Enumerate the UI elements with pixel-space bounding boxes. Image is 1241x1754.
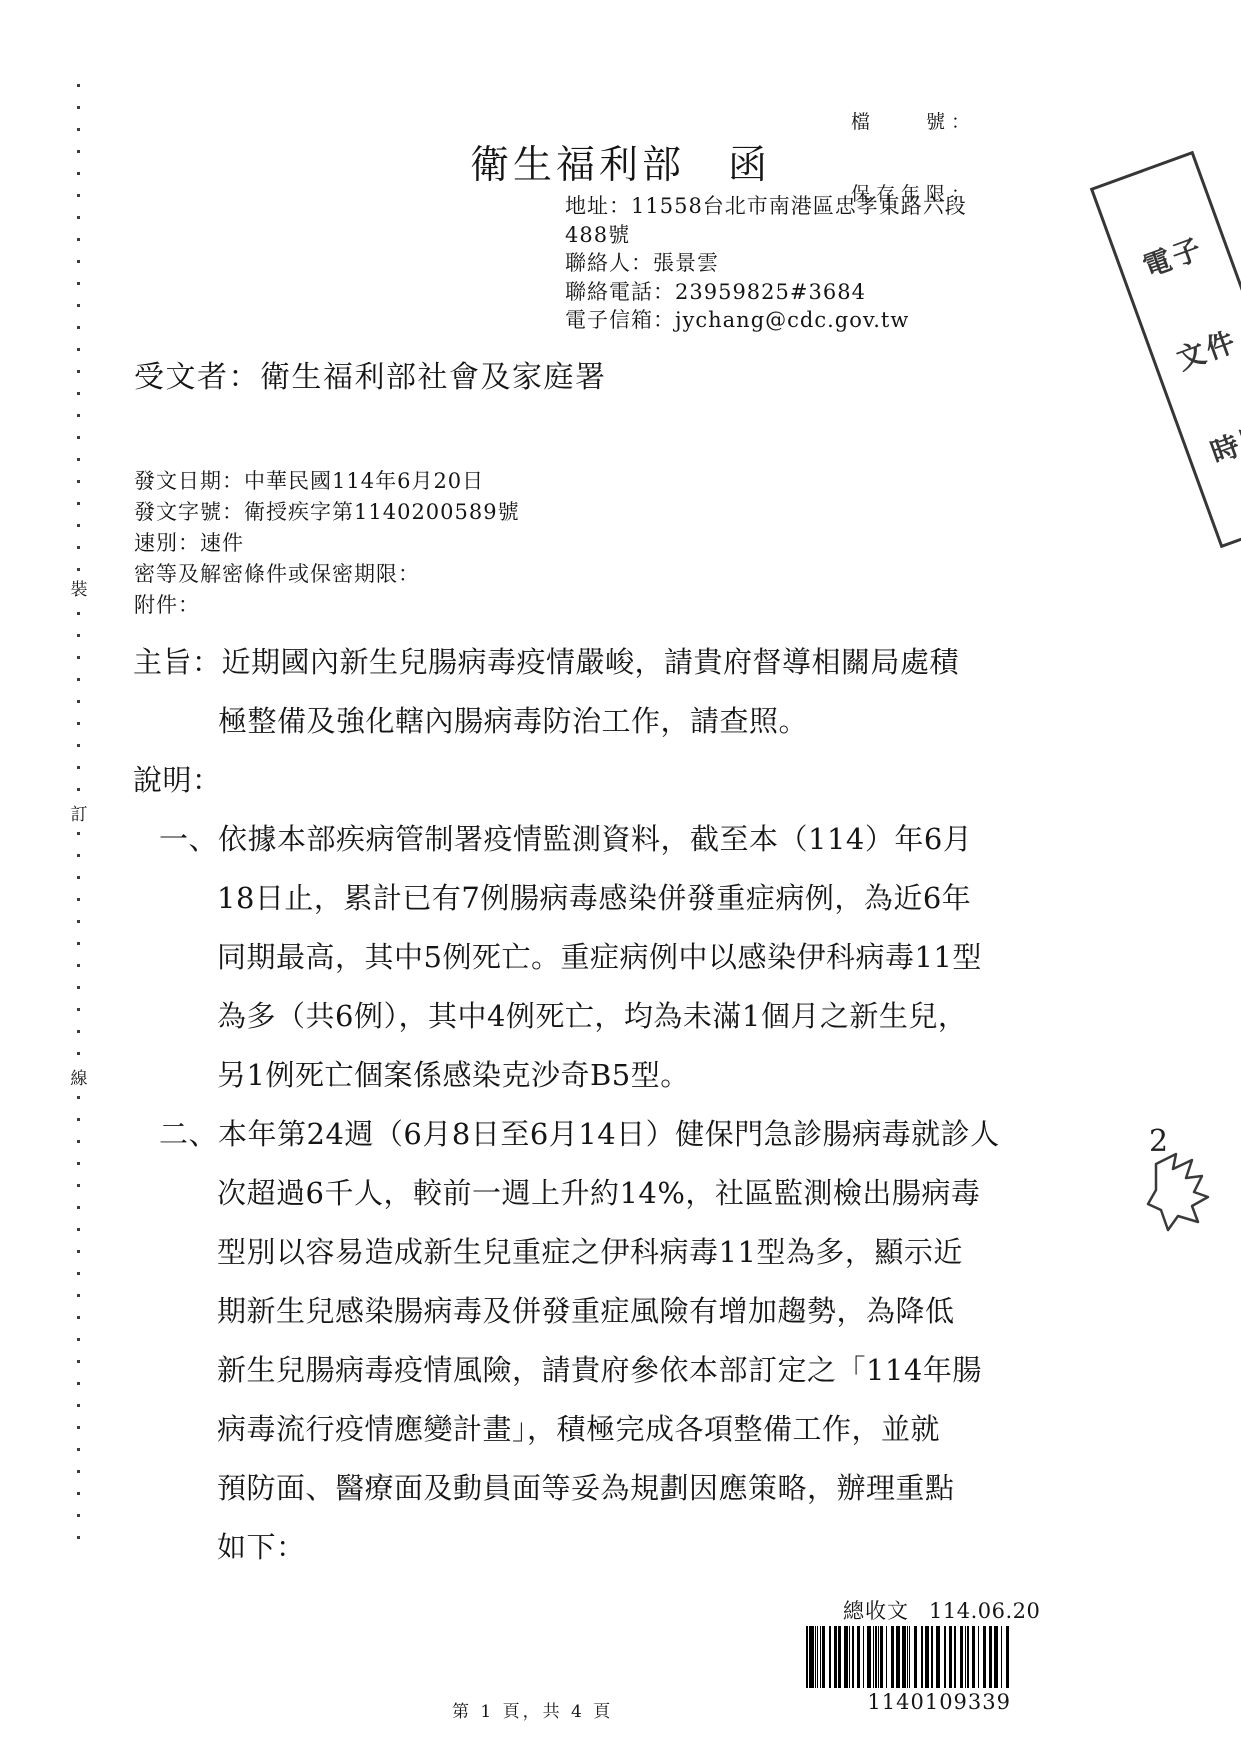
item-2-line-6: 病毒流行疫情應變計畫」，積極完成各項整備工作，並就 <box>133 1400 1001 1459</box>
page-number-info: 第 1 頁，共 4 頁 <box>452 1697 613 1722</box>
explanation-label: 說明： <box>133 751 1001 810</box>
attachment-label: 附件： <box>134 590 520 621</box>
subject-line-2: 極整備及強化轄內腸病毒防治工作，請查照。 <box>133 692 1001 751</box>
exchange-stamp-line: 文件 <box>1157 319 1241 383</box>
item-2-line-4: 期新生兒感染腸病毒及併發重症風險有增加趨勢，為降低 <box>133 1282 1001 1341</box>
file-number-label: 檔 號： <box>851 110 976 134</box>
item-1-number: 一、 <box>159 822 218 856</box>
document-number: 發文字號：衛授疾字第1140200589號 <box>134 497 520 528</box>
item-2-line-8: 如下： <box>133 1518 1001 1577</box>
speed-class: 速別：速件 <box>134 528 520 559</box>
sender-info-block: 地址：11558台北市南港區忠孝東路六段 488號 聯絡人：張景雲 聯絡電話：2… <box>565 192 967 335</box>
item-1-line-2: 18日止，累計已有7例腸病毒感染併發重症病例，為近6年 <box>133 869 1001 928</box>
subject-text: 近期國內新生兒腸病毒疫情嚴峻，請貴府督導相關局處積 <box>222 645 960 679</box>
sender-phone: 聯絡電話：23959825#3684 <box>565 278 967 307</box>
item-1-line-4: 為多（共6例），其中4例死亡，均為未滿1個月之新生兒， <box>133 987 1001 1046</box>
sender-email: 電子信箱：jychang@cdc.gov.tw <box>565 306 967 335</box>
binding-mark-xian: 線 <box>68 1060 90 1093</box>
binding-mark-zhuang: 裝 <box>68 571 90 604</box>
crumple-mark-icon <box>1142 1150 1241 1234</box>
sender-contact-person: 聯絡人：張景雲 <box>565 249 967 278</box>
official-letter-page: 檔 號： 保存年限： 電子 文件 時間 衛生福利部 函 地址：11558台北市南… <box>0 0 1241 1754</box>
subject-line-1: 主旨：近期國內新生兒腸病毒疫情嚴峻，請貴府督導相關局處積 <box>133 633 1001 692</box>
item-1-line-5: 另1例死亡個案係感染克沙奇B5型。 <box>133 1046 1001 1105</box>
item-1-line-3: 同期最高，其中5例死亡。重症病例中以感染伊科病毒11型 <box>133 928 1001 987</box>
item-2-line-7: 預防面、醫療面及動員面等妥為規劃因應策略，辦理重點 <box>133 1459 1001 1518</box>
meta-block: 發文日期：中華民國114年6月20日 發文字號：衛授疾字第1140200589號… <box>134 466 520 621</box>
recipient-line: 受文者：衛生福利部社會及家庭署 <box>134 352 607 396</box>
sender-address-line1: 地址：11558台北市南港區忠孝東路六段 <box>565 192 967 221</box>
sender-address-line2: 488號 <box>565 221 967 250</box>
item-2-text: 本年第24週（6月8日至6月14日）健保門急診腸病毒就診人 <box>218 1117 1000 1151</box>
item-2-number: 二、 <box>159 1117 218 1151</box>
subject-label: 主旨： <box>133 645 222 679</box>
received-label: 總收文 <box>843 1599 909 1623</box>
electronic-exchange-stamp: 電子 文件 時間 <box>1090 151 1241 549</box>
exchange-stamp-line: 時間 <box>1190 412 1241 476</box>
item-2-line-3: 型別以容易造成新生兒重症之伊科病毒11型為多，顯示近 <box>133 1223 1001 1282</box>
received-stamp: 總收文114.06.20 <box>843 1595 1040 1625</box>
received-date: 114.06.20 <box>929 1599 1040 1623</box>
security-class: 密等及解密條件或保密期限： <box>134 559 520 590</box>
item-2-line-1: 二、本年第24週（6月8日至6月14日）健保門急診腸病毒就診人 <box>133 1105 1001 1164</box>
barcode-number: 1140109339 <box>806 1690 1011 1714</box>
document-title: 衛生福利部 函 <box>0 134 1241 190</box>
item-1-text: 依據本部疾病管制署疫情監測資料，截至本（114）年6月 <box>218 822 972 856</box>
binding-mark-ding: 訂 <box>68 796 90 829</box>
item-1-line-1: 一、依據本部疾病管制署疫情監測資料，截至本（114）年6月 <box>133 810 1001 869</box>
document-body: 主旨：近期國內新生兒腸病毒疫情嚴峻，請貴府督導相關局處積 極整備及強化轄內腸病毒… <box>133 633 1001 1577</box>
barcode <box>806 1626 1011 1688</box>
issue-date: 發文日期：中華民國114年6月20日 <box>134 466 520 497</box>
item-2-line-2: 次超過6千人，較前一週上升約14%，社區監測檢出腸病毒 <box>133 1164 1001 1223</box>
exchange-stamp-line: 電子 <box>1123 226 1225 290</box>
item-2-line-5: 新生兒腸病毒疫情風險，請貴府參依本部訂定之「114年腸 <box>133 1341 1001 1400</box>
